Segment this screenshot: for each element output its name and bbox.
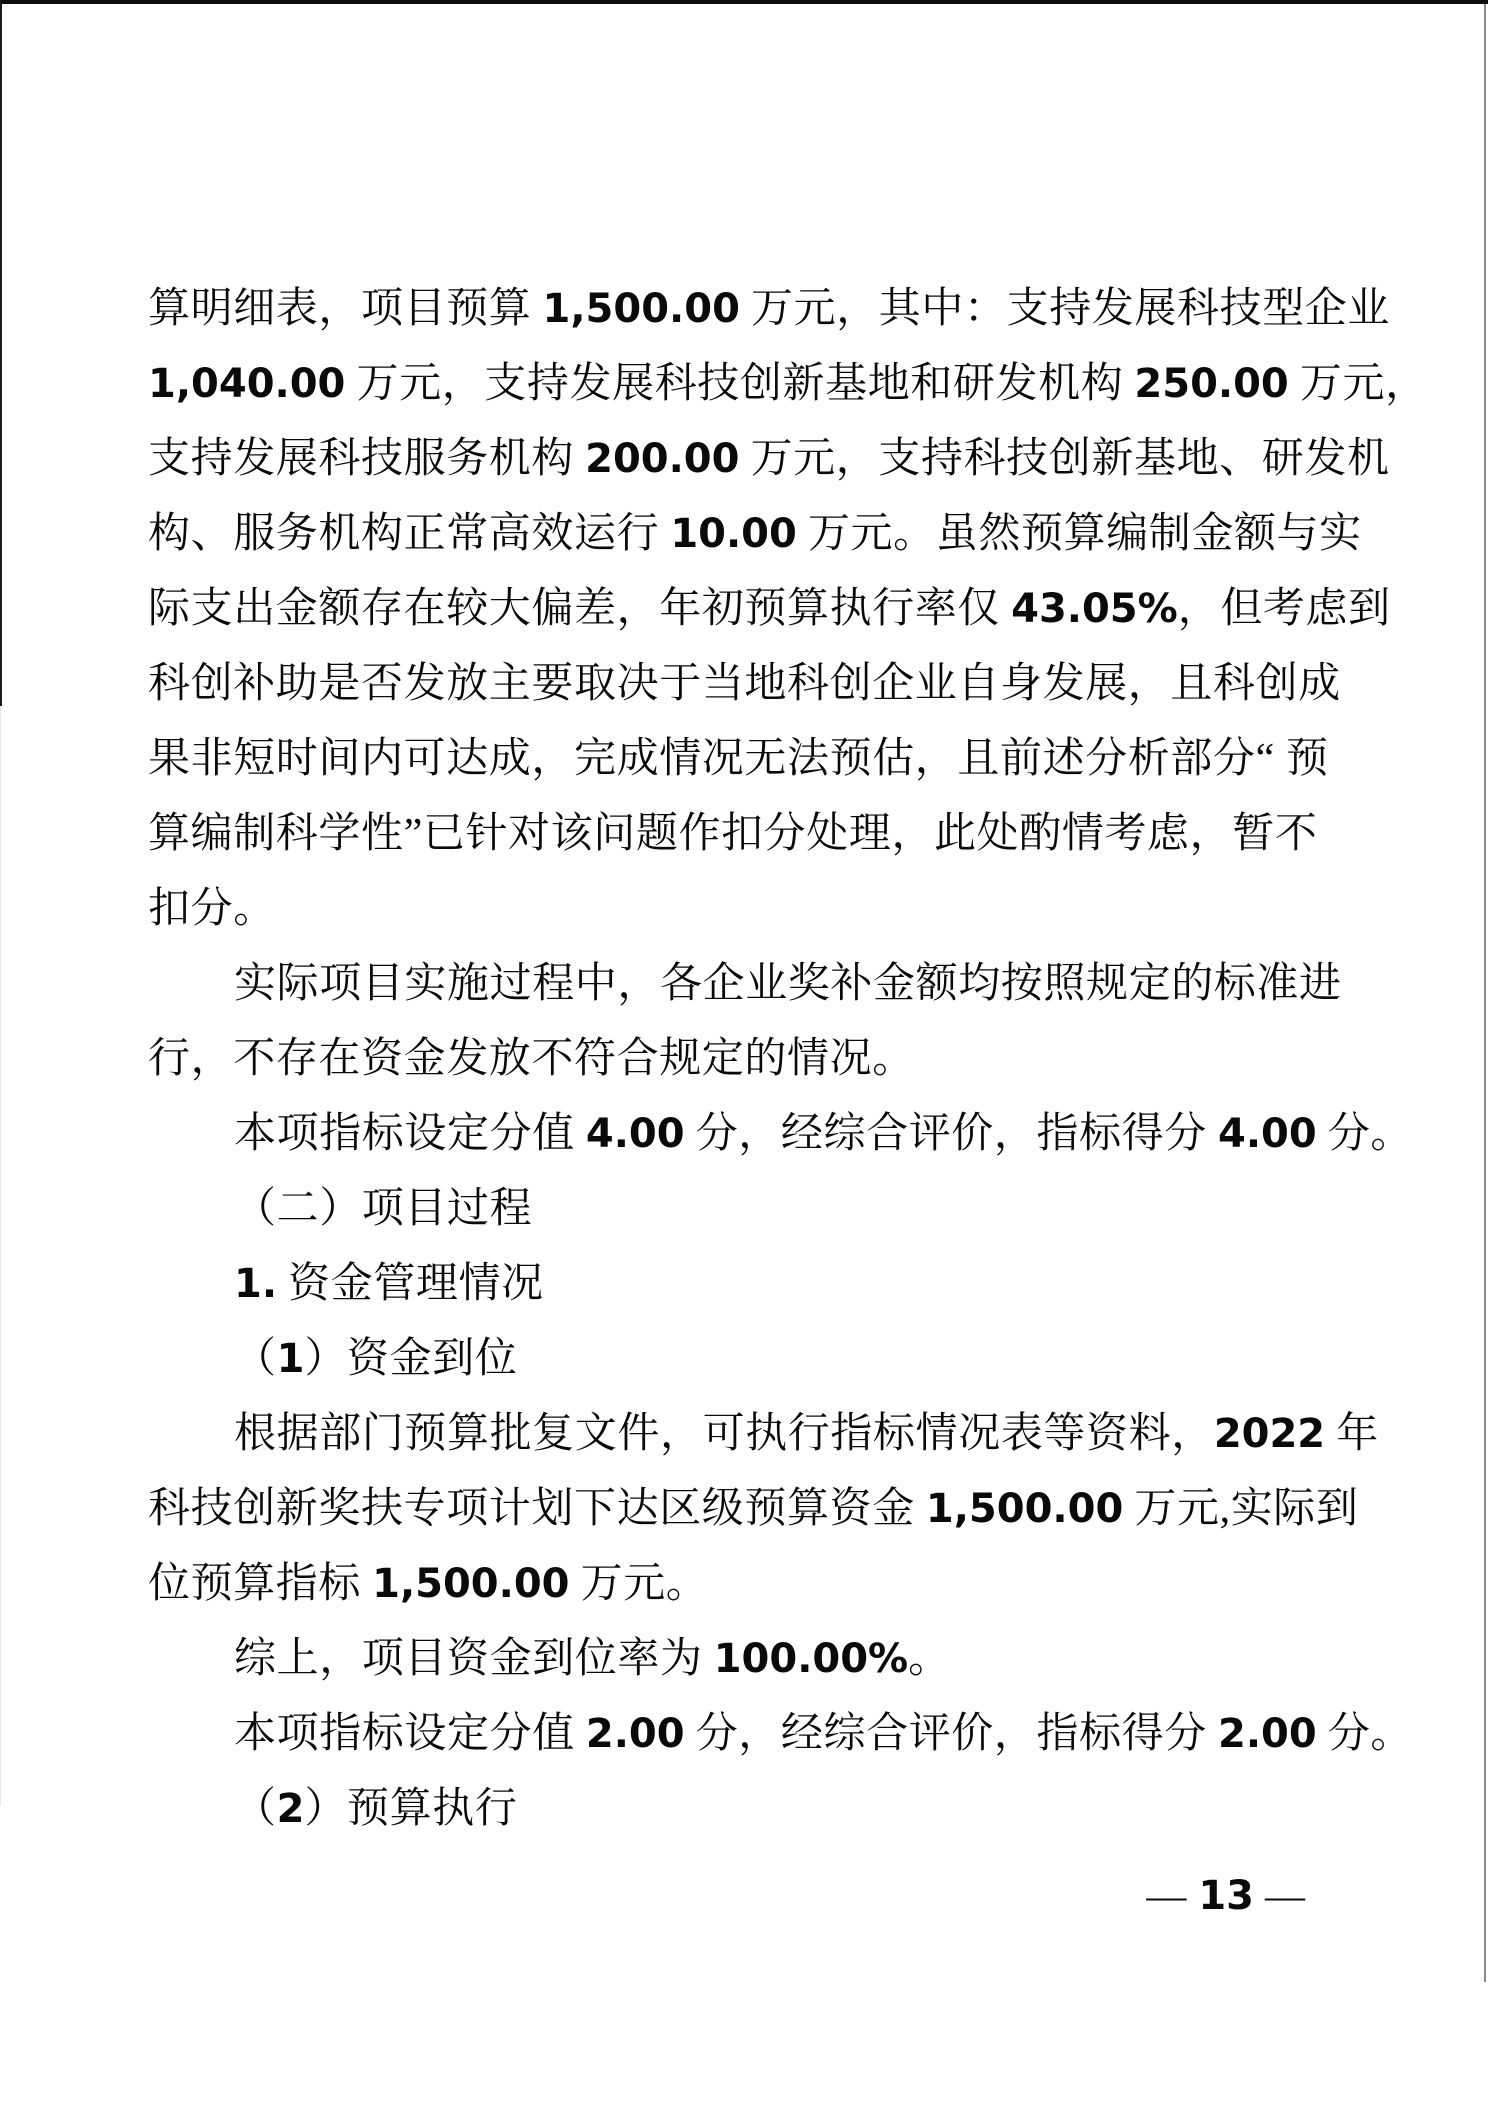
text-line: 扣分。 <box>148 872 1378 947</box>
page-number: — 13 — <box>1146 1868 1306 1924</box>
text-line: 本项指标设定分值 4.00 分，经综合评价，指标得分 4.00 分。 <box>148 1097 1378 1172</box>
page-left-border <box>0 0 2 706</box>
numeric-text: 4.00 <box>1218 1111 1317 1157</box>
numeric-text: 4.00 <box>586 1111 685 1157</box>
text-line: 果非短时间内可达成，完成情况无法预估，且前述分析部分“ 预 <box>148 722 1378 797</box>
text-line: （1）资金到位 <box>148 1322 1378 1397</box>
numeric-text: 2.00 <box>1218 1711 1317 1757</box>
numeric-text: 43.05% <box>1011 586 1178 632</box>
text-line: 位预算指标 1,500.00 万元。 <box>148 1547 1378 1622</box>
text-line: 支持发展科技服务机构 200.00 万元，支持科技创新基地、研发机 <box>148 422 1378 497</box>
text-line: 科技创新奖扶专项计划下达区级预算资金 1,500.00 万元,实际到 <box>148 1472 1378 1547</box>
numeric-text: 2 <box>277 1786 305 1832</box>
numeric-text: 1,040.00 <box>148 361 345 407</box>
text-line: 构、服务机构正常高效运行 10.00 万元。虽然预算编制金额与实 <box>148 497 1378 572</box>
numeric-text: 100.00% <box>714 1636 908 1682</box>
text-line: 1. 资金管理情况 <box>148 1247 1378 1322</box>
numeric-text: 2.00 <box>586 1711 685 1757</box>
text-line: （2）预算执行 <box>148 1772 1378 1847</box>
numeric-text: 1,500.00 <box>543 286 740 332</box>
page-top-border <box>0 0 1488 4</box>
text-line: （二）项目过程 <box>148 1172 1378 1247</box>
text-line: 际支出金额存在较大偏差，年初预算执行率仅 43.05%，但考虑到 <box>148 572 1378 647</box>
numeric-text: 1. <box>234 1261 277 1307</box>
document-page: 算明细表，项目预算 1,500.00 万元，其中：支持发展科技型企业1,040.… <box>0 0 1488 2104</box>
numeric-text: 13 <box>1198 1873 1254 1919</box>
page-right-edge-line <box>1484 4 1486 1982</box>
text-line: 1,040.00 万元，支持发展科技创新基地和研发机构 250.00 万元， <box>148 347 1378 422</box>
numeric-text: 200.00 <box>585 436 739 482</box>
numeric-text: 10.00 <box>670 511 797 557</box>
numeric-text: 250.00 <box>1134 361 1288 407</box>
text-line: 算明细表，项目预算 1,500.00 万元，其中：支持发展科技型企业 <box>148 272 1378 347</box>
text-line: 本项指标设定分值 2.00 分，经综合评价，指标得分 2.00 分。 <box>148 1697 1378 1772</box>
text-line: 算编制科学性”已针对该问题作扣分处理，此处酌情考虑，暂不 <box>148 797 1378 872</box>
numeric-text: 1,500.00 <box>372 1561 569 1607</box>
text-line: 行，不存在资金发放不符合规定的情况。 <box>148 1022 1378 1097</box>
text-line: 科创补助是否发放主要取决于当地科创企业自身发展，且科创成 <box>148 647 1378 722</box>
numeric-text: 1 <box>277 1336 305 1382</box>
numeric-text: 2022 <box>1214 1411 1325 1457</box>
text-line: 根据部门预算批复文件，可执行指标情况表等资料，2022 年 <box>148 1397 1378 1472</box>
text-line: 综上，项目资金到位率为 100.00%。 <box>148 1622 1378 1697</box>
document-body: 算明细表，项目预算 1,500.00 万元，其中：支持发展科技型企业1,040.… <box>148 272 1378 1847</box>
text-line: 实际项目实施过程中，各企业奖补金额均按照规定的标准进 <box>148 947 1378 1022</box>
numeric-text: 1,500.00 <box>926 1486 1123 1532</box>
page-left-border-faint <box>0 706 1 1806</box>
